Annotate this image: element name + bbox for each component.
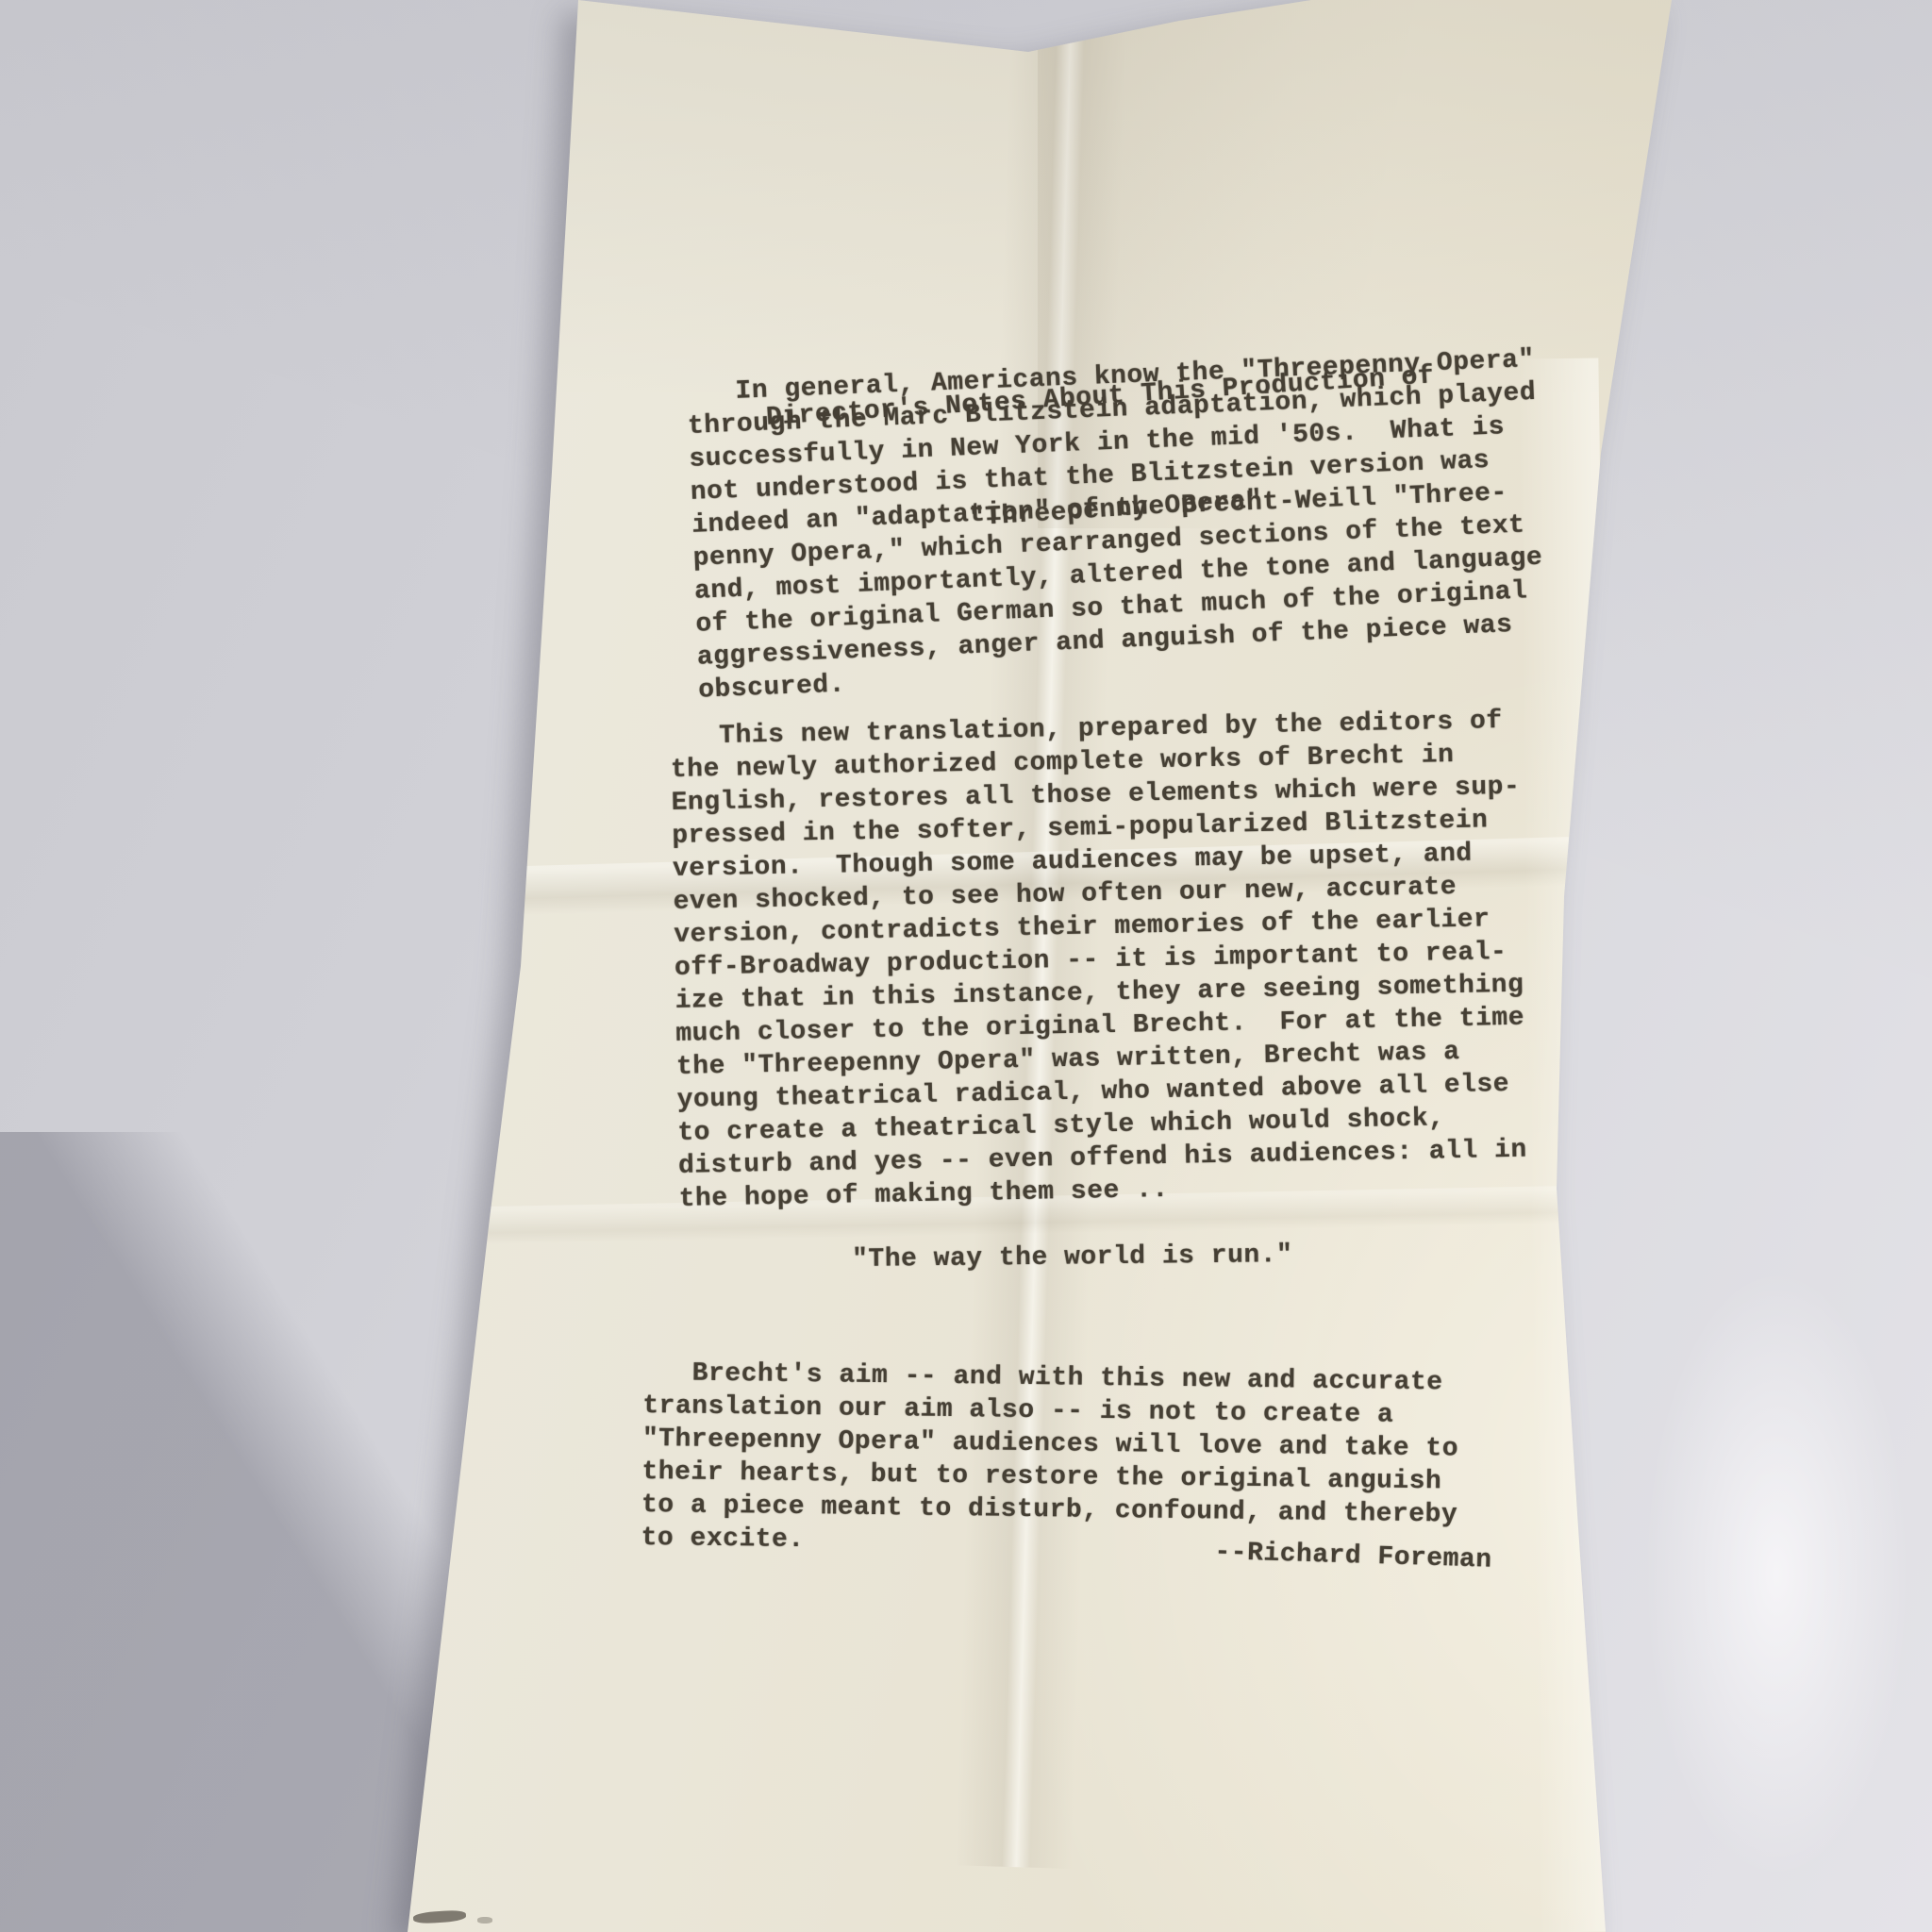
ink-smudge <box>413 1909 467 1924</box>
paper-drop-shadow: Director's Notes About This Production o… <box>0 0 1932 1932</box>
body-paragraph-2: This new translation, prepared by the ed… <box>670 705 1528 1216</box>
centered-quote-line: "The way the world is run." <box>852 1239 1293 1276</box>
body-paragraph-1: In general, Americans know the "Threepen… <box>686 343 1547 708</box>
paper-sheet: Director's Notes About This Production o… <box>0 0 1932 1932</box>
ink-smudge <box>477 1917 492 1924</box>
photo-of-typed-document: Director's Notes About This Production o… <box>0 0 1932 1932</box>
signature-line: --Richard Foreman <box>1214 1536 1492 1577</box>
body-paragraph-3: Brecht's aim -- and with this new and ac… <box>641 1357 1459 1565</box>
